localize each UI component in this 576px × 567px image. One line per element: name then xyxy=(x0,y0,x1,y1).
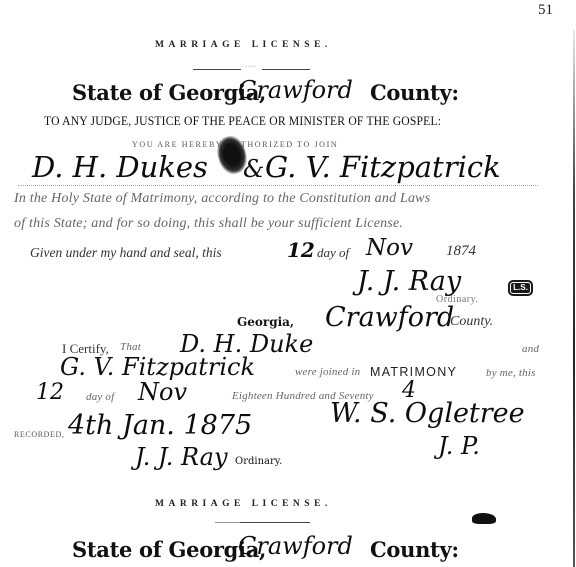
joined-text: were joined in xyxy=(295,366,360,378)
county-handwritten: Crawford xyxy=(238,76,353,104)
certificate-day-of-label: day of xyxy=(86,391,114,403)
given-line-prefix: Given under my hand and seal, this xyxy=(30,245,222,261)
divider-rule-left xyxy=(193,69,241,70)
address-line: TO ANY JUDGE, JUSTICE OF THE PEACE OR MI… xyxy=(44,114,441,129)
given-month-handwritten: Nov xyxy=(366,235,413,261)
bottom-state-label: State of Georgia, xyxy=(72,537,266,562)
matrimony-label: MATRIMONY xyxy=(370,365,457,379)
bottom-county-handwritten: Crawford xyxy=(238,532,353,560)
officiant-title-handwritten: J. P. xyxy=(438,432,480,460)
bottom-divider-rule-right xyxy=(240,522,310,523)
recorded-date-handwritten: 4th Jan. 1875 xyxy=(68,410,252,441)
recorder-title: Ordinary. xyxy=(235,456,282,467)
certificate-state-label: Georgia, xyxy=(237,315,294,329)
given-year: 1874 xyxy=(446,243,476,260)
officiant-signature-handwritten: W. S. Ogletree xyxy=(330,398,525,429)
divider-rule-right xyxy=(262,69,310,70)
certificate-county-handwritten: Crawford xyxy=(325,302,454,333)
groom-name-handwritten: D. H. Dukes xyxy=(32,150,208,184)
recorded-label: RECORDED, xyxy=(14,430,65,439)
bottom-county-label: County: xyxy=(370,537,459,562)
divider-dots: ····· xyxy=(242,64,257,70)
certificate-bride-handwritten: G. V. Fitzpatrick xyxy=(60,353,255,381)
certificate-county-label: County. xyxy=(450,314,493,330)
bride-name-handwritten: G. V. Fitzpatrick xyxy=(265,150,501,184)
seal-badge: L.S. xyxy=(508,280,533,296)
county-label: County: xyxy=(370,80,459,105)
seal-label: L.S. xyxy=(510,282,531,294)
ink-blot-bottom xyxy=(472,513,496,524)
ordinary-signature-handwritten: J. J. Ray xyxy=(357,266,461,297)
license-heading: MARRIAGE LICENSE. xyxy=(155,40,332,50)
certificate-day-handwritten: 12 xyxy=(36,380,64,405)
by-me-text: by me, this xyxy=(486,367,536,379)
bottom-divider-rule-left xyxy=(215,522,240,523)
license-bottom-heading: MARRIAGE LICENSE. xyxy=(155,499,332,509)
state-label: State of Georgia, xyxy=(72,80,266,105)
certificate-month-handwritten: Nov xyxy=(138,378,187,406)
certify-that: That xyxy=(120,341,141,353)
names-dotted-line xyxy=(18,184,538,186)
page-number: 51 xyxy=(538,2,553,19)
body-line-1: In the Holy State of Matrimony, accordin… xyxy=(14,191,430,207)
conjunction-handwritten: & xyxy=(243,155,264,183)
page-edge-border xyxy=(573,30,575,567)
given-day-handwritten: 12 xyxy=(287,238,315,262)
and-label: and xyxy=(522,343,539,355)
given-day-label: day of xyxy=(317,245,349,261)
recorder-signature-handwritten: J. J. Ray xyxy=(135,443,228,471)
body-line-2: of this State; and for so doing, this sh… xyxy=(14,216,403,232)
